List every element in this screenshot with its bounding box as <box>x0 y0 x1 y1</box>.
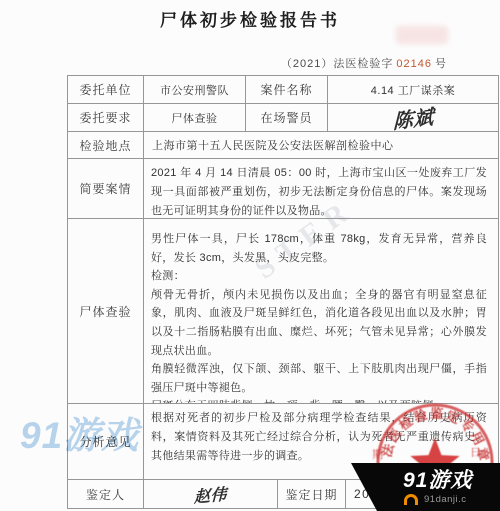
body-exam-paragraph: 检测： <box>151 267 487 286</box>
reference-number-line: （2021）法医检验字02146号 <box>281 55 447 71</box>
field-label-exam-location: 检验地点 <box>68 132 144 158</box>
table-row: 委托要求 尸体查验 在场警员 陈斌 <box>68 104 498 132</box>
field-value-case-summary: 2021 年 4 月 14 日清晨 05：00 时，上海市宝山区一处废弃工厂发现… <box>144 159 498 218</box>
table-row: 检验地点 上海市第十五人民医院及公安法医解剖检验中心 <box>68 132 498 159</box>
corner-site-text: 91danji.c <box>424 494 467 505</box>
body-exam-paragraph: 角膜轻微浑浊，仅下颌、颈部、躯干、上下肢肌肉出现尸僵，手指强压尸斑中等褪色。 <box>151 360 487 397</box>
field-label-body-exam: 尸体查验 <box>68 219 144 403</box>
field-value-case-name: 4.14 工厂谋杀案 <box>328 76 498 103</box>
field-label-commissioning-unit: 委托单位 <box>68 76 144 103</box>
officer-signature: 陈斌 <box>392 104 433 131</box>
blue-logo-watermark: 91游戏 <box>20 405 139 459</box>
table-row: 简要案情 2021 年 4 月 14 日清晨 05：00 时，上海市宝山区一处废… <box>68 159 498 219</box>
seal-side-char-left: 期 <box>372 447 383 461</box>
field-value-exam-location: 上海市第十五人民医院及公安法医解剖检验中心 <box>144 132 498 158</box>
ref-suffix: 号 <box>435 58 447 70</box>
field-label-exam-date: 鉴定日期 <box>278 480 346 508</box>
seal-side-char-right: 日 <box>470 446 481 459</box>
ref-number: 02146 <box>396 58 432 70</box>
field-label-examiner: 鉴定人 <box>68 480 144 508</box>
field-label-case-name: 案件名称 <box>246 76 328 103</box>
ref-prefix: （2021）法医检验字 <box>281 58 393 70</box>
report-document: 尸体初步检验报告书 （2021）法医检验字02146号 STER 委托单位 市公… <box>0 0 500 511</box>
examiner-signature-cell: 赵伟 <box>144 480 278 508</box>
corner-logo-text: 91游戏 <box>403 464 472 494</box>
body-exam-paragraph: 男性尸体一具，尸长 178cm，体重 78kg，发育无异常，营养良好，发长 3c… <box>151 230 487 267</box>
examiner-signature: 赵伟 <box>194 481 227 507</box>
headphone-icon <box>404 494 418 505</box>
field-value-request: 尸体查验 <box>144 104 246 131</box>
table-row: 尸体查验 男性尸体一具，尸长 178cm，体重 78kg，发育无异常，营养良好，… <box>68 219 498 404</box>
field-value-commissioning-unit: 市公安刑警队 <box>144 76 246 103</box>
page-title: 尸体初步检验报告书 <box>0 6 500 31</box>
field-value-body-exam: 男性尸体一具，尸长 178cm，体重 78kg，发育无异常，营养良好，发长 3c… <box>144 219 498 403</box>
officer-signature-cell: 陈斌 <box>328 104 498 131</box>
field-label-officer-present: 在场警员 <box>246 104 328 131</box>
table-row: 委托单位 市公安刑警队 案件名称 4.14 工厂谋杀案 <box>68 76 498 104</box>
field-label-request: 委托要求 <box>68 104 144 131</box>
body-exam-paragraph: 颅骨无骨折，颅内未见损伤以及出血；全身的器官有明显窒息征象，肌肉、血液及尸斑呈鲜… <box>151 286 487 360</box>
field-label-case-summary: 简要案情 <box>68 159 144 218</box>
